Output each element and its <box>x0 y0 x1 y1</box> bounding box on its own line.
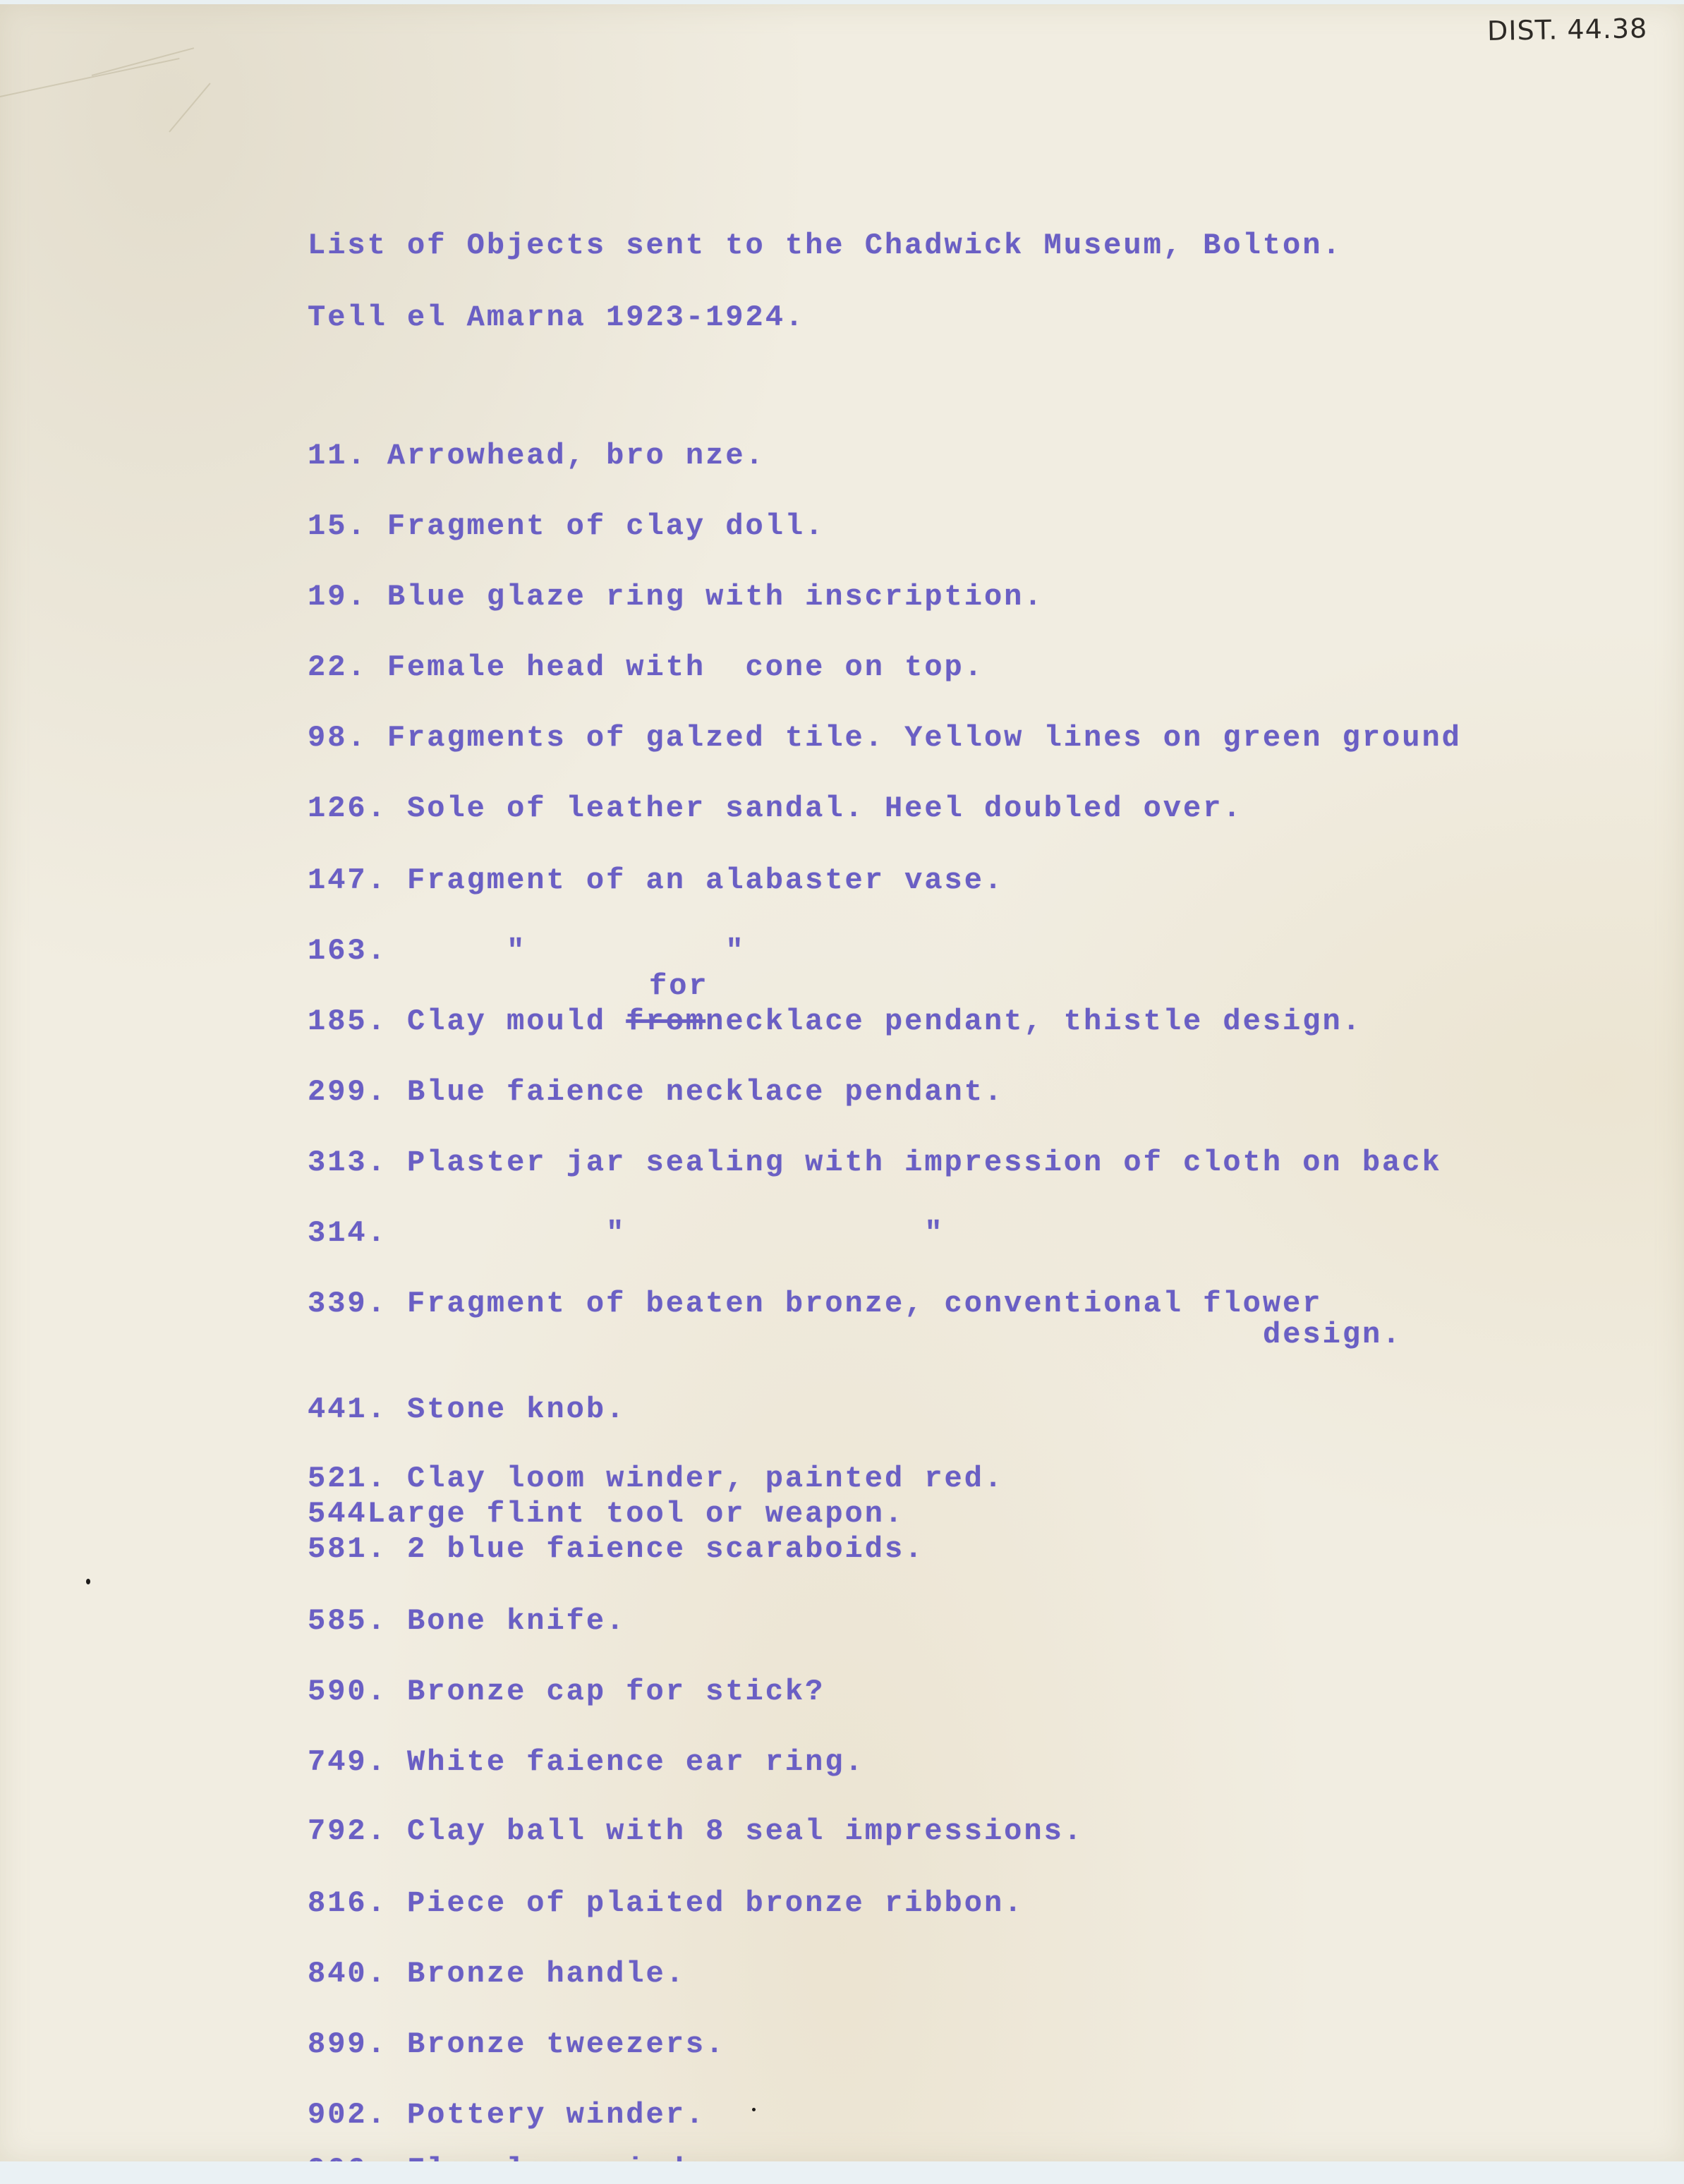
list-item: 185. Clay mould fromnecklace pendant, th… <box>308 1005 1362 1038</box>
item-number: 816. <box>308 1886 387 1920</box>
list-item: 816. Piece of plaited bronze ribbon. <box>308 1886 1024 1920</box>
scan-background <box>0 2161 1684 2184</box>
item-description: Blue glaze ring with inscription. <box>387 580 1044 614</box>
item-description: Clay loom winder, painted red. <box>407 1462 1004 1496</box>
item-number: 590. <box>308 1675 387 1709</box>
inserted-correction: for <box>649 969 709 1003</box>
item-description: White faience ear ring. <box>407 1745 865 1779</box>
list-item: 19. Blue glaze ring with inscription. <box>308 580 1044 614</box>
item-number: 147. <box>308 863 387 897</box>
document-subtitle: Tell el Amarna 1923-1924. <box>308 301 805 334</box>
item-number: 163. <box>308 934 387 968</box>
item-description: Female head with cone on top. <box>387 650 984 684</box>
item-number: 22. <box>308 650 368 684</box>
item-description: Bone knife. <box>407 1604 626 1638</box>
list-item: 299. Blue faience necklace pendant. <box>308 1075 1004 1109</box>
item-description: Fragment of an alabaster vase. <box>407 863 1004 897</box>
item-number: 98. <box>308 721 368 755</box>
list-item: 441. Stone knob. <box>308 1393 626 1426</box>
item-number: 15. <box>308 509 368 543</box>
list-item: 899. Bronze tweezers. <box>308 2027 725 2061</box>
item-description: Arrowhead, bro nze. <box>387 439 765 473</box>
item-description: Pottery winder. <box>407 2098 705 2132</box>
list-item: 15. Fragment of clay doll. <box>308 509 825 543</box>
item-description: Blue faience necklace pendant. <box>407 1075 1004 1109</box>
item-description: Stone knob. <box>407 1393 626 1426</box>
document-page: DIST. 44.38 List of Objects sent to the … <box>0 4 1684 2161</box>
item-number: 544 <box>308 1497 368 1531</box>
item-description: Bronze cap for stick? <box>407 1675 825 1709</box>
item-description-continued: necklace pendant, thistle design. <box>705 1005 1362 1038</box>
item-description: Piece of plaited bronze ribbon. <box>407 1886 1024 1920</box>
item-number: 581. <box>308 1532 387 1566</box>
list-item: 590. Bronze cap for stick? <box>308 1675 825 1709</box>
item-number: 749. <box>308 1745 387 1779</box>
list-item: 544Large flint tool or weapon. <box>308 1497 904 1531</box>
ink-speck <box>752 2108 756 2111</box>
paper-crease <box>92 47 194 76</box>
item-number: 19. <box>308 580 368 614</box>
item-number: 339. <box>308 1287 387 1321</box>
struck-out-text: from <box>626 1005 705 1038</box>
list-item: 314. " " <box>308 1216 945 1250</box>
list-item: 22. Female head with cone on top. <box>308 650 984 684</box>
archive-reference-mark: DIST. 44.38 <box>1487 13 1648 47</box>
list-item: 98. Fragments of galzed tile. Yellow lin… <box>308 721 1462 755</box>
list-item: 313. Plaster jar sealing with impression… <box>308 1146 1442 1179</box>
list-item: 521. Clay loom winder, painted red. <box>308 1462 1004 1496</box>
item-number: 521. <box>308 1462 387 1496</box>
list-item: 126. Sole of leather sandal. Heel double… <box>308 791 1243 825</box>
item-number: 585. <box>308 1604 387 1638</box>
list-item: 11. Arrowhead, bro nze. <box>308 439 765 473</box>
item-description: Clay mould <box>407 1005 626 1038</box>
item-description: Plaster jar sealing with impression of c… <box>407 1146 1442 1179</box>
item-description: Sole of leather sandal. Heel doubled ove… <box>407 791 1243 825</box>
item-number: 185. <box>308 1005 387 1038</box>
ink-speck <box>86 1579 90 1584</box>
document-title: List of Objects sent to the Chadwick Mus… <box>308 229 1343 262</box>
list-item: 585. Bone knife. <box>308 1604 626 1638</box>
item-number: 11. <box>308 439 368 473</box>
item-description: " " <box>407 934 745 968</box>
paper-crease <box>0 58 180 97</box>
item-number: 792. <box>308 1814 387 1848</box>
item-description: Clay ball with 8 seal impressions. <box>407 1814 1084 1848</box>
item-description: 2 blue faience scaraboids. <box>407 1532 924 1566</box>
paper-crease <box>169 83 210 132</box>
list-item: 749. White faience ear ring. <box>308 1745 865 1779</box>
item-description: Bronze handle. <box>407 1957 686 1991</box>
item-number: 126. <box>308 791 387 825</box>
item-description: Large flint tool or weapon. <box>368 1497 905 1531</box>
item-number: 313. <box>308 1146 387 1179</box>
item-number: 840. <box>308 1957 387 1991</box>
list-item: 339. Fragment of beaten bronze, conventi… <box>308 1287 1322 1321</box>
item-number: 299. <box>308 1075 387 1109</box>
item-number: 899. <box>308 2027 387 2061</box>
item-description: " " <box>407 1216 945 1250</box>
item-description-continuation: design. <box>1263 1318 1402 1352</box>
item-number: 314. <box>308 1216 387 1250</box>
list-item: 147. Fragment of an alabaster vase. <box>308 863 1004 897</box>
item-description: Bronze tweezers. <box>407 2027 725 2061</box>
list-item: 163. " " <box>308 934 746 968</box>
item-description: Fragment of clay doll. <box>387 509 825 543</box>
item-description: Fragment of beaten bronze, conventional … <box>407 1287 1322 1321</box>
item-number: 441. <box>308 1393 387 1426</box>
list-item: 581. 2 blue faience scaraboids. <box>308 1532 924 1566</box>
item-description: Fragments of galzed tile. Yellow lines o… <box>387 721 1462 755</box>
list-item: 902. Pottery winder. <box>308 2098 705 2132</box>
list-item: 840. Bronze handle. <box>308 1957 686 1991</box>
item-number: 902. <box>308 2098 387 2132</box>
list-item: 792. Clay ball with 8 seal impressions. <box>308 1814 1084 1848</box>
